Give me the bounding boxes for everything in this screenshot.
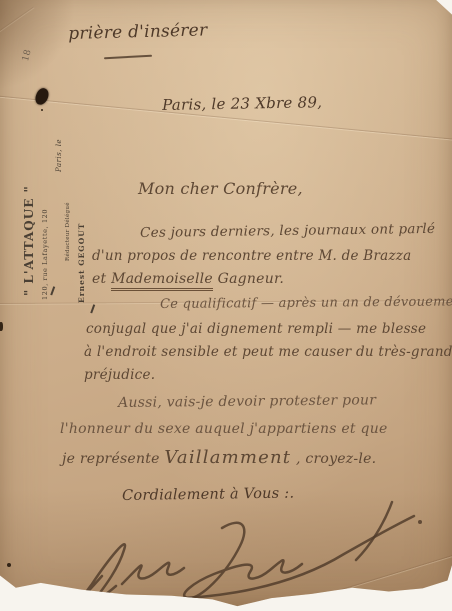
- letterhead-address: 120, rue Lafayette, 120: [41, 209, 49, 300]
- body-line-5: conjugal que j'ai dignement rempli — me …: [86, 321, 426, 337]
- body-line-10-post: , croyez-le.: [296, 451, 376, 467]
- body-line-10: je représente Vaillamment , croyez-le.: [62, 447, 376, 468]
- page-number: 18: [21, 48, 34, 62]
- body-line-3-pre: et: [92, 271, 106, 287]
- body-line-9: l'honneur du sexe auquel j'appartiens et…: [60, 421, 388, 437]
- letterhead-dateline: Paris, le: [55, 139, 63, 172]
- body-line-6: à l'endroit sensible et peut me causer d…: [84, 344, 452, 360]
- signature: [72, 498, 432, 608]
- letter-paper: 18 prière d'insérer Paris, le " L'ATTAQU…: [0, 0, 452, 611]
- signature-stroke-ernest: [86, 544, 125, 600]
- letter-salutation: Mon cher Confrère,: [138, 179, 303, 198]
- scan-background: 18 prière d'insérer Paris, le " L'ATTAQU…: [0, 0, 452, 611]
- letterhead-title: " L'ATTAQUE ": [22, 185, 36, 296]
- body-line-1: Ces jours derniers, les journaux ont par…: [140, 221, 435, 241]
- signature-dot: [418, 520, 422, 524]
- signature-flourish: [124, 516, 414, 598]
- body-line-10-emphasis: Vaillamment: [164, 447, 291, 468]
- body-line-10-pre: je représente: [62, 451, 160, 467]
- letterhead-divider-dash-2: [90, 304, 94, 313]
- ink-blot: [34, 87, 51, 107]
- letter-date: Paris, le 23 Xbre 89,: [162, 93, 322, 114]
- letterhead-divider-dash-1: [50, 286, 54, 295]
- body-line-8: Aussi, vais-je devoir protester pour: [118, 392, 376, 411]
- ink-speck: [41, 109, 43, 111]
- body-line-3-underlined-word: Mademoiselle: [111, 271, 213, 291]
- insert-note-underline: [104, 55, 152, 60]
- body-line-3-post: Gagneur.: [218, 271, 284, 287]
- body-line-3: et Mademoiselle Gagneur.: [92, 271, 284, 287]
- letterhead-editor-name: Ernest GEGOUT: [77, 223, 86, 303]
- insert-note: prière d'insérer: [68, 20, 208, 44]
- signature-stroke-gegout: [184, 523, 302, 598]
- edge-speck-bottom: [7, 563, 11, 567]
- body-line-2: d'un propos de rencontre entre M. de Bra…: [92, 248, 411, 264]
- signature-stroke-ernest-2: [122, 563, 184, 584]
- letterhead-role: Rédacteur Délégué: [65, 202, 71, 261]
- body-line-4: Ce qualificatif — après un an de dévouem…: [160, 294, 452, 312]
- fold-crease-corner: [0, 6, 34, 34]
- edge-speck-left: [0, 322, 3, 331]
- body-line-7: préjudice.: [84, 367, 155, 383]
